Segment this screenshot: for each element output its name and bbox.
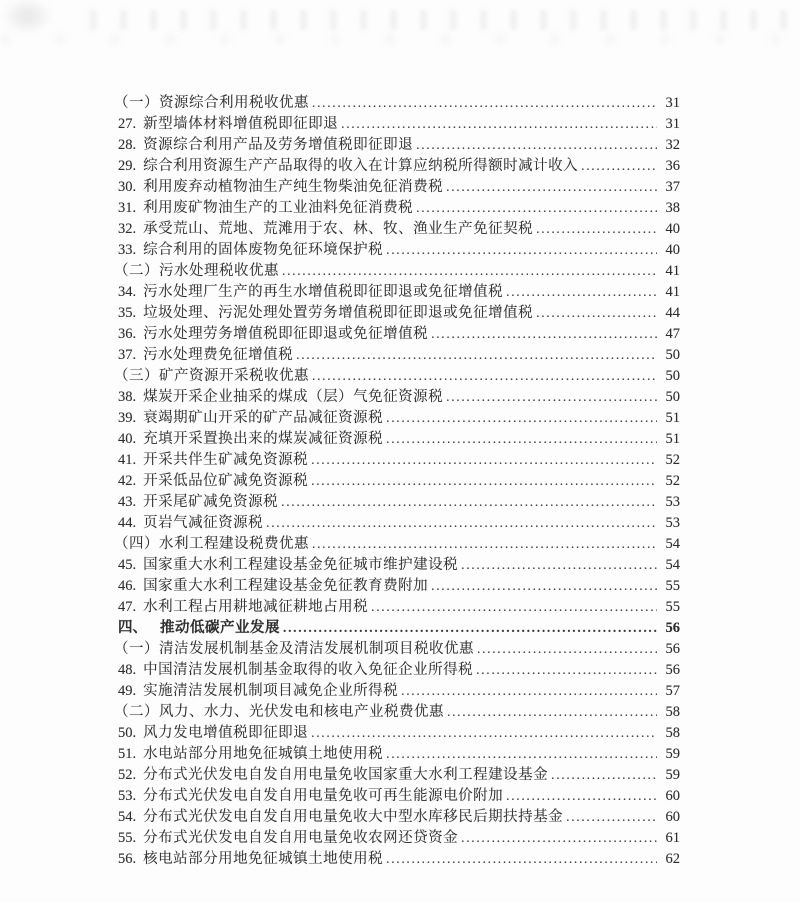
toc-entry-title: 垃圾处理、污泥处理处置劳务增值税即征即退或免征增值税: [143, 303, 533, 324]
toc-entry-page-number: 57: [659, 681, 680, 702]
toc-entry-page-number: 53: [659, 492, 680, 513]
toc-dot-leader: ........................................…: [386, 407, 657, 428]
toc-dot-leader: ........................................…: [386, 428, 657, 449]
toc-dot-leader: ........................................…: [581, 155, 657, 176]
toc-entry: 34. 污水处理厂生产的再生水增值税即征即退或免征增值税 ...........…: [118, 281, 680, 302]
scan-noise-artifact: [90, 10, 790, 30]
toc-dot-leader: ........................................…: [266, 512, 657, 533]
toc-entry-page-number: 51: [659, 408, 680, 429]
toc-entry-number: 54.: [118, 807, 136, 828]
toc-entry-number: 45.: [118, 555, 136, 576]
toc-entry-page-number: 32: [659, 135, 680, 156]
toc-entry: 52. 分布式光伏发电自发自用电量免收国家重大水利工程建设基金 ........…: [118, 764, 680, 785]
toc-entry-title: 新型墙体材料增值税即征即退: [143, 114, 338, 135]
toc-dot-leader: ........................................…: [312, 365, 657, 386]
toc-entry-title: 开采低品位矿减免资源税: [143, 471, 308, 492]
toc-dot-leader: ........................................…: [566, 806, 657, 827]
toc-dot-leader: ........................................…: [506, 281, 657, 302]
toc-entry-page-number: 55: [659, 597, 680, 618]
toc-dot-leader: ........................................…: [312, 92, 657, 113]
toc-dot-leader: ........................................…: [282, 260, 657, 281]
toc-entry: 35. 垃圾处理、污泥处理处置劳务增值税即征即退或免征增值税 .........…: [118, 302, 680, 323]
toc-entry-number: 50.: [118, 723, 136, 744]
toc-dot-leader: ........................................…: [461, 827, 657, 848]
toc-entry-title: 国家重大水利工程建设基金免征教育费附加: [143, 576, 428, 597]
toc-entry-page-number: 44: [659, 303, 680, 324]
toc-entry: 47. 水利工程占用耕地减征耕地占用税 ....................…: [118, 596, 680, 617]
toc-dot-leader: ........................................…: [386, 239, 657, 260]
toc-entry: 39. 衰竭期矿山开采的矿产品减征资源税 ...................…: [118, 407, 680, 428]
toc-entry-number: 32.: [118, 219, 136, 240]
toc-entry: 46. 国家重大水利工程建设基金免征教育费附加 ................…: [118, 575, 680, 596]
toc-dot-leader: ........................................…: [416, 197, 657, 218]
toc-entry: 42. 开采低品位矿减免资源税 ........................…: [118, 470, 680, 491]
toc-entry-title: 煤炭开采企业抽采的煤成（层）气免征资源税: [143, 387, 443, 408]
toc-entry-title: 开采尾矿减免资源税: [143, 492, 278, 513]
toc-entry-page-number: 41: [659, 261, 680, 282]
toc-entry-number: 55.: [118, 828, 136, 849]
toc-dot-leader: ........................................…: [416, 134, 657, 155]
table-of-contents: （一）资源综合利用税收优惠 ..........................…: [118, 92, 680, 869]
scan-noise-artifact: [0, 34, 800, 44]
toc-entry-number: 52.: [118, 765, 136, 786]
toc-entry-page-number: 56: [659, 618, 680, 639]
toc-entry-number: 43.: [118, 492, 136, 513]
toc-dot-leader: ........................................…: [311, 449, 657, 470]
toc-entry-page-number: 51: [659, 429, 680, 450]
toc-entry-title: 水利工程占用耕地减征耕地占用税: [143, 597, 368, 618]
toc-entry-number: 56.: [118, 849, 136, 870]
toc-entry-page-number: 56: [659, 660, 680, 681]
toc-entry: 33. 综合利用的固体废物免征环境保护税 ...................…: [118, 239, 680, 260]
toc-entry-title: （一）资源综合利用税收优惠: [114, 93, 309, 114]
toc-dot-leader: ........................................…: [536, 302, 657, 323]
toc-entry: 53. 分布式光伏发电自发自用电量免收可再生能源电价附加 ...........…: [118, 785, 680, 806]
toc-entry-number: 39.: [118, 408, 136, 429]
scanned-document-page: （一）资源综合利用税收优惠 ..........................…: [0, 0, 800, 902]
toc-entry: 32. 承受荒山、荒地、荒滩用于农、林、牧、渔业生产免征契税 .........…: [118, 218, 680, 239]
toc-entry-page-number: 40: [659, 240, 680, 261]
toc-entry-number: 53.: [118, 786, 136, 807]
toc-entry-page-number: 50: [659, 387, 680, 408]
toc-entry-page-number: 37: [659, 177, 680, 198]
toc-entry-title: 推动低碳产业发展: [160, 618, 280, 639]
toc-entry-number: 42.: [118, 471, 136, 492]
toc-entry-title: 水电站部分用地免征城镇土地使用税: [143, 744, 383, 765]
toc-entry-title: 分布式光伏发电自发自用电量免收农网还贷资金: [143, 828, 458, 849]
toc-entry-page-number: 40: [659, 219, 680, 240]
toc-dot-leader: ........................................…: [431, 323, 657, 344]
toc-entry-title: 分布式光伏发电自发自用电量免收国家重大水利工程建设基金: [143, 765, 548, 786]
toc-entry-page-number: 58: [659, 702, 680, 723]
toc-dot-leader: ........................................…: [506, 785, 657, 806]
toc-entry-title: （二）风力、水力、光伏发电和核电产业税费优惠: [114, 702, 444, 723]
toc-dot-leader: ........................................…: [341, 113, 657, 134]
toc-entry-number: 37.: [118, 345, 136, 366]
toc-entry: （二）污水处理税收优惠 ............................…: [118, 260, 680, 281]
toc-dot-leader: ........................................…: [431, 575, 657, 596]
toc-entry: （四）水利工程建设税费优惠 ..........................…: [118, 533, 680, 554]
toc-entry: 49. 实施清洁发展机制项目减免企业所得税 ..................…: [118, 680, 680, 701]
toc-entry-page-number: 52: [659, 450, 680, 471]
toc-entry-title: 页岩气减征资源税: [143, 513, 263, 534]
toc-entry-number: 四、: [118, 618, 147, 639]
toc-entry-page-number: 47: [659, 324, 680, 345]
toc-entry: 31. 利用废矿物油生产的工业油料免征消费税 .................…: [118, 197, 680, 218]
toc-entry-number: 30.: [118, 177, 136, 198]
toc-entry: 41. 开采共伴生矿减免资源税 ........................…: [118, 449, 680, 470]
toc-entry-title: 利用废弃动植物油生产纯生物柴油免征消费税: [143, 177, 443, 198]
toc-dot-leader: ........................................…: [477, 638, 657, 659]
toc-entry-page-number: 50: [659, 345, 680, 366]
toc-entry-title: 中国清洁发展机制基金取得的收入免征企业所得税: [143, 660, 473, 681]
toc-entry-title: 核电站部分用地免征城镇土地使用税: [143, 849, 383, 870]
toc-entry: 51. 水电站部分用地免征城镇土地使用税 ...................…: [118, 743, 680, 764]
toc-entry: 56. 核电站部分用地免征城镇土地使用税 ...................…: [118, 848, 680, 869]
toc-dot-leader: ........................................…: [386, 848, 657, 869]
toc-entry-title: 污水处理厂生产的再生水增值税即征即退或免征增值税: [143, 282, 503, 303]
toc-entry-title: （一）清洁发展机制基金及清洁发展机制项目税收优惠: [114, 639, 474, 660]
toc-entry-page-number: 61: [659, 828, 680, 849]
toc-entry-number: 27.: [118, 114, 136, 135]
toc-entry: 27. 新型墙体材料增值税即征即退 ......................…: [118, 113, 680, 134]
toc-entry: 四、 推动低碳产业发展 ............................…: [118, 617, 680, 638]
toc-entry-title: 分布式光伏发电自发自用电量免收可再生能源电价附加: [143, 786, 503, 807]
toc-entry: （一）资源综合利用税收优惠 ..........................…: [118, 92, 680, 113]
toc-entry-title: 充填开采置换出来的煤炭减征资源税: [143, 429, 383, 450]
toc-entry-number: 51.: [118, 744, 136, 765]
toc-entry-number: 36.: [118, 324, 136, 345]
toc-entry-title: 综合利用资源生产产品取得的收入在计算应纳税所得额时减计收入: [143, 156, 578, 177]
toc-entry-number: 33.: [118, 240, 136, 261]
toc-entry-number: 28.: [118, 135, 136, 156]
toc-entry-title: 开采共伴生矿减免资源税: [143, 450, 308, 471]
toc-entry-page-number: 60: [659, 807, 680, 828]
toc-entry: 40. 充填开采置换出来的煤炭减征资源税 ...................…: [118, 428, 680, 449]
toc-entry-title: 利用废矿物油生产的工业油料免征消费税: [143, 198, 413, 219]
toc-entry: 43. 开采尾矿减免资源税 ..........................…: [118, 491, 680, 512]
toc-dot-leader: ........................................…: [311, 470, 657, 491]
toc-entry: 36. 污水处理劳务增值税即征即退或免征增值税 ................…: [118, 323, 680, 344]
toc-entry-number: 46.: [118, 576, 136, 597]
toc-dot-leader: ........................................…: [312, 533, 657, 554]
toc-entry-page-number: 36: [659, 156, 680, 177]
toc-entry-page-number: 55: [659, 576, 680, 597]
toc-dot-leader: ........................................…: [446, 386, 657, 407]
toc-entry: 38. 煤炭开采企业抽采的煤成（层）气免征资源税 ...............…: [118, 386, 680, 407]
toc-entry-number: 38.: [118, 387, 136, 408]
toc-dot-leader: ........................................…: [281, 491, 657, 512]
toc-entry-page-number: 54: [659, 534, 680, 555]
toc-entry-title: 污水处理劳务增值税即征即退或免征增值税: [143, 324, 428, 345]
toc-entry-number: 40.: [118, 429, 136, 450]
toc-entry-title: （四）水利工程建设税费优惠: [114, 534, 309, 555]
toc-entry-number: 44.: [118, 513, 136, 534]
toc-entry: 55. 分布式光伏发电自发自用电量免收农网还贷资金 ..............…: [118, 827, 680, 848]
toc-dot-leader: ........................................…: [476, 659, 657, 680]
toc-entry: （三）矿产资源开采税收优惠 ..........................…: [118, 365, 680, 386]
toc-entry-title: 污水处理费免征增值税: [143, 345, 293, 366]
toc-dot-leader: ........................................…: [461, 554, 657, 575]
toc-entry-page-number: 31: [659, 114, 680, 135]
toc-dot-leader: ........................................…: [536, 218, 657, 239]
toc-entry: 45. 国家重大水利工程建设基金免征城市维护建设税 ..............…: [118, 554, 680, 575]
toc-dot-leader: ........................................…: [283, 617, 657, 638]
toc-entry-number: 29.: [118, 156, 136, 177]
toc-entry-number: 34.: [118, 282, 136, 303]
toc-entry: （二）风力、水力、光伏发电和核电产业税费优惠 .................…: [118, 701, 680, 722]
toc-entry: 30. 利用废弃动植物油生产纯生物柴油免征消费税 ...............…: [118, 176, 680, 197]
toc-entry-number: 48.: [118, 660, 136, 681]
toc-entry: 28. 资源综合利用产品及劳务增值税即征即退 .................…: [118, 134, 680, 155]
toc-entry: 50. 风力发电增值税即征即退 ........................…: [118, 722, 680, 743]
toc-entry: （一）清洁发展机制基金及清洁发展机制项目税收优惠 ...............…: [118, 638, 680, 659]
toc-entry-number: 41.: [118, 450, 136, 471]
toc-entry-title: 资源综合利用产品及劳务增值税即征即退: [143, 135, 413, 156]
toc-dot-leader: ........................................…: [401, 680, 657, 701]
toc-entry-title: 分布式光伏发电自发自用电量免收大中型水库移民后期扶持基金: [143, 807, 563, 828]
toc-entry: 44. 页岩气减征资源税 ...........................…: [118, 512, 680, 533]
toc-entry-page-number: 60: [659, 786, 680, 807]
toc-entry-number: 47.: [118, 597, 136, 618]
toc-dot-leader: ........................................…: [551, 764, 657, 785]
toc-entry-page-number: 59: [659, 744, 680, 765]
toc-dot-leader: ........................................…: [386, 743, 657, 764]
toc-entry-title: （二）污水处理税收优惠: [114, 261, 279, 282]
toc-entry: 29. 综合利用资源生产产品取得的收入在计算应纳税所得额时减计收入 ......…: [118, 155, 680, 176]
toc-dot-leader: ........................................…: [311, 722, 657, 743]
toc-entry-title: 衰竭期矿山开采的矿产品减征资源税: [143, 408, 383, 429]
toc-entry-title: 综合利用的固体废物免征环境保护税: [143, 240, 383, 261]
toc-entry-page-number: 38: [659, 198, 680, 219]
toc-entry-number: 35.: [118, 303, 136, 324]
toc-entry-page-number: 31: [659, 93, 680, 114]
toc-dot-leader: ........................................…: [447, 701, 657, 722]
toc-entry-title: 承受荒山、荒地、荒滩用于农、林、牧、渔业生产免征契税: [143, 219, 533, 240]
toc-entry-number: 49.: [118, 681, 136, 702]
toc-entry-title: 国家重大水利工程建设基金免征城市维护建设税: [143, 555, 458, 576]
toc-entry-page-number: 58: [659, 723, 680, 744]
toc-entry-page-number: 59: [659, 765, 680, 786]
toc-entry-number: 31.: [118, 198, 136, 219]
toc-entry-page-number: 56: [659, 639, 680, 660]
toc-entry-title: 风力发电增值税即征即退: [143, 723, 308, 744]
toc-dot-leader: ........................................…: [371, 596, 657, 617]
toc-entry: 54. 分布式光伏发电自发自用电量免收大中型水库移民后期扶持基金 .......…: [118, 806, 680, 827]
toc-dot-leader: ........................................…: [446, 176, 657, 197]
toc-entry-page-number: 54: [659, 555, 680, 576]
toc-entry-page-number: 53: [659, 513, 680, 534]
toc-entry-page-number: 62: [659, 849, 680, 870]
toc-dot-leader: ........................................…: [296, 344, 657, 365]
toc-entry-page-number: 41: [659, 282, 680, 303]
toc-entry-title: 实施清洁发展机制项目减免企业所得税: [143, 681, 398, 702]
toc-entry-page-number: 50: [659, 366, 680, 387]
toc-entry: 48. 中国清洁发展机制基金取得的收入免征企业所得税 .............…: [118, 659, 680, 680]
toc-entry-title: （三）矿产资源开采税收优惠: [114, 366, 309, 387]
toc-entry-page-number: 52: [659, 471, 680, 492]
toc-entry: 37. 污水处理费免征增值税 .........................…: [118, 344, 680, 365]
